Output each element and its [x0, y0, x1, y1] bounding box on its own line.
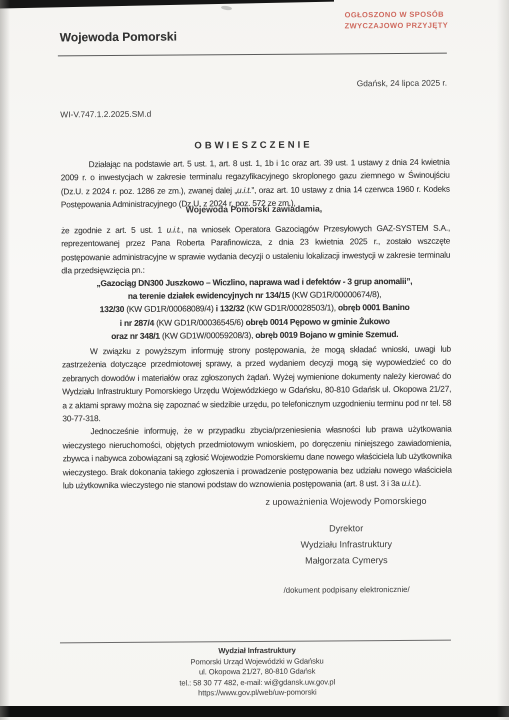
stamp-line-2: ZWYCZAJOWO PRZYJĘTY: [345, 20, 465, 31]
scan-artifact-bottom-edge: [0, 706, 509, 717]
signatory-name: Małgorzata Cymerys: [231, 552, 461, 570]
project-line-5: oraz nr 348/1 (KW GD1W/00059208/3), obrę…: [62, 327, 448, 343]
project-description: „Gazociąg DN300 Juszkowo – Wiczlino, nap…: [61, 275, 447, 344]
scan-shadow-right: [497, 0, 509, 720]
header-divider: [58, 53, 447, 57]
publication-stamp: OGŁOSZONO W SPOSÓB ZWYCZAJOWO PRZYJĘTY: [345, 10, 465, 32]
paragraph-proceeding-initiation: że zgodnie z art. 5 ust. 1 u.i.t., na wn…: [61, 222, 450, 278]
case-number: WI-V.747.1.2.2025.SM.d: [60, 109, 151, 120]
signature-block: Dyrektor Wydziału Infrastruktury Małgorz…: [231, 520, 461, 570]
document-title: OBWIESZCZENIE: [60, 139, 446, 153]
document-page: Wojewoda Pomorski OGŁOSZONO W SPOSÓB ZWY…: [0, 0, 509, 720]
place-and-date: Gdańsk, 24 lipca 2025 r.: [258, 78, 447, 89]
paragraph-parties-information: W związku z powyższym informuję strony p…: [62, 343, 452, 426]
information-paragraphs: W związku z powyższym informuję strony p…: [62, 343, 452, 493]
scanned-letter: Wojewoda Pomorski OGŁOSZONO W SPOSÓB ZWY…: [0, 0, 509, 720]
signatory-role: Dyrektor: [231, 520, 461, 538]
sender-name: Wojewoda Pomorski: [60, 30, 177, 45]
footer-divider: [60, 640, 451, 644]
footer-contact-block: Wydział Infrastruktury Pomorski Urząd Wo…: [62, 645, 452, 701]
signatory-department: Wydziału Infrastruktury: [231, 536, 461, 554]
electronic-signature-note: /dokument podpisany elektronicznie/: [232, 585, 462, 596]
notice-heading: Wojewoda Pomorski zawiadamia,: [61, 203, 447, 216]
paragraph-ownership-transfer: Jednocześnie informuję, że w przypadku z…: [62, 423, 451, 493]
scan-shadow-left: [0, 0, 10, 720]
authorization-line: z upoważnienia Wojewody Pomorskiego: [201, 495, 491, 507]
project-line-3: 132/30 (KW GD1R/00068089/4) i 132/32 (KW…: [62, 301, 448, 317]
footer-website: https://www.gov.pl/web/uw-pomorski: [62, 687, 452, 700]
